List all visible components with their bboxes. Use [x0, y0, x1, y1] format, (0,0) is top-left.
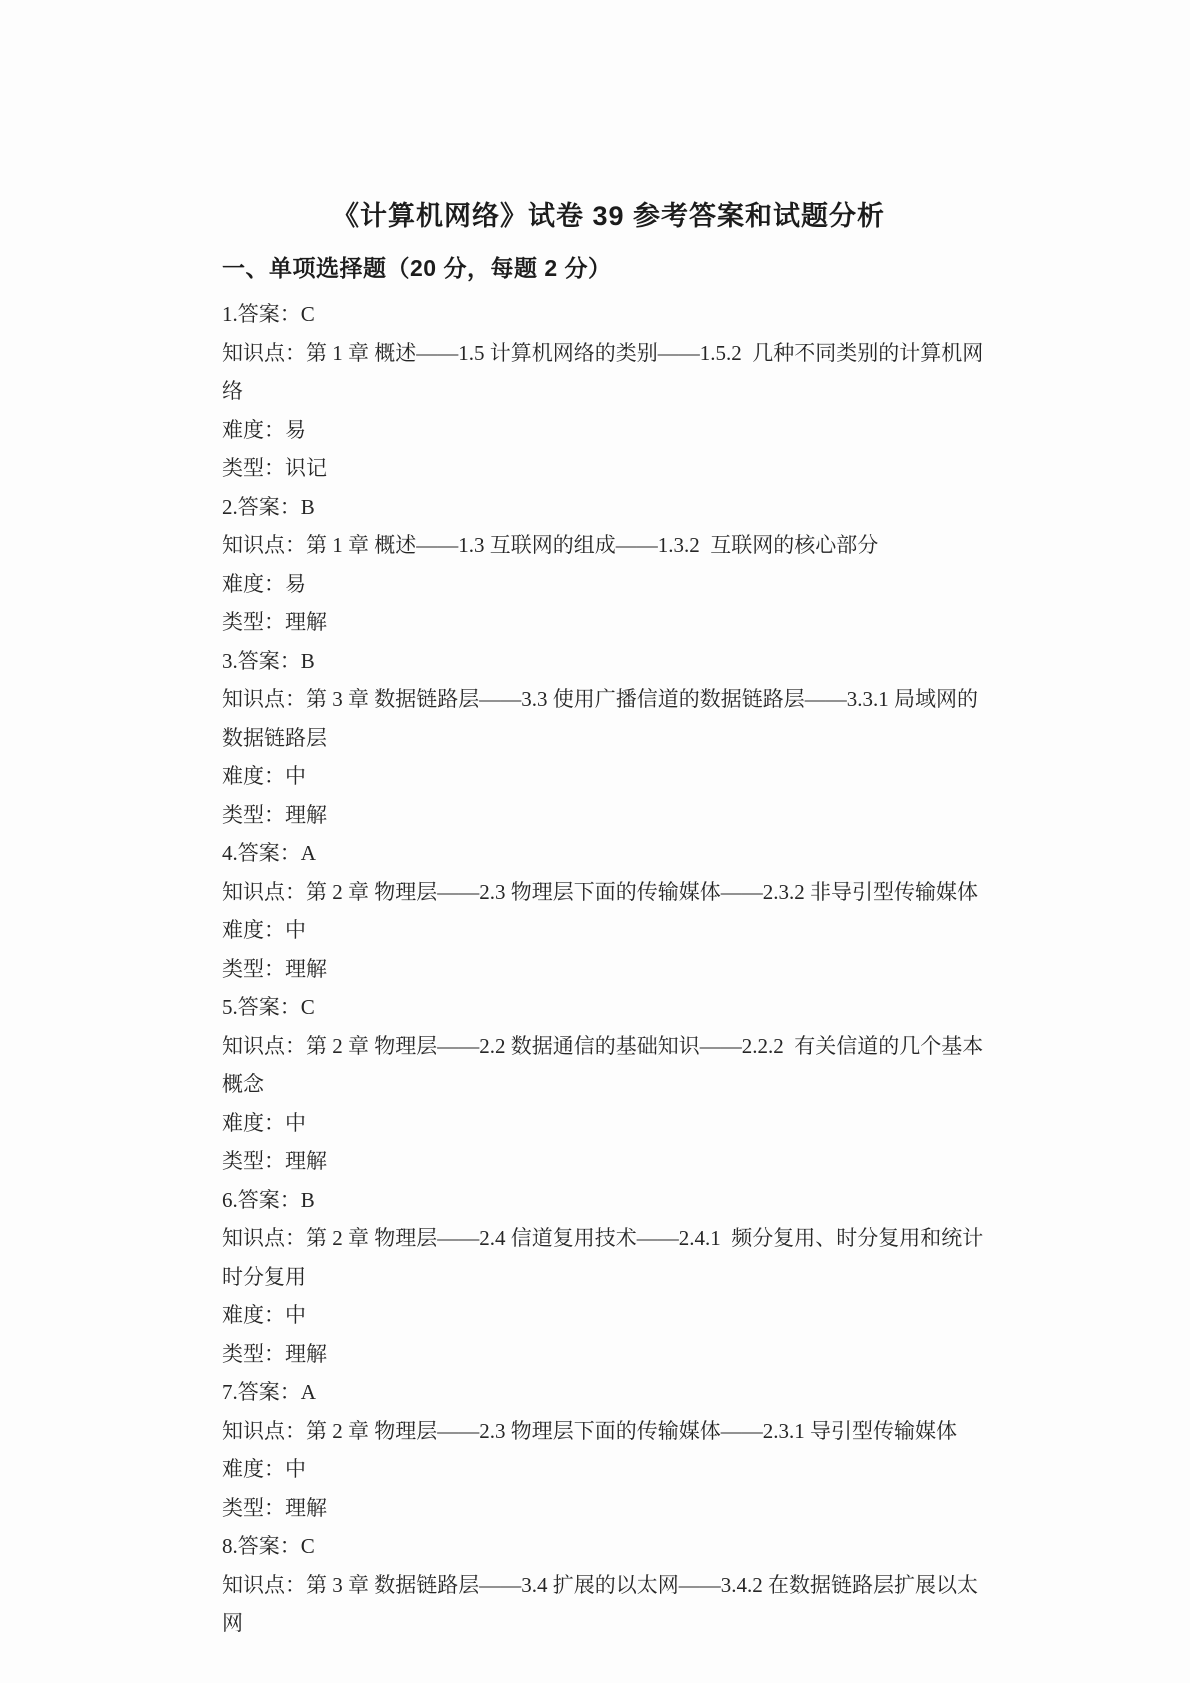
question-type-line: 类型：理解: [222, 1489, 992, 1528]
difficulty-line: 难度：易: [222, 565, 992, 604]
knowledge-point-line: 知识点：第 2 章 物理层——2.2 数据通信的基础知识——2.2.2 有关信道…: [222, 1027, 992, 1104]
question-type-line: 类型：理解: [222, 1142, 992, 1181]
question-type-line: 类型：理解: [222, 796, 992, 835]
difficulty-line: 难度：中: [222, 911, 992, 950]
answer-line: 7.答案：A: [222, 1373, 992, 1412]
question-type-line: 类型：识记: [222, 449, 992, 488]
knowledge-point-line: 知识点：第 2 章 物理层——2.3 物理层下面的传输媒体——2.3.2 非导引…: [222, 873, 992, 912]
document-page: 《计算机网络》试卷 39 参考答案和试题分析 一、单项选择题（20 分，每题 2…: [0, 0, 1190, 1683]
question-type-line: 类型：理解: [222, 950, 992, 989]
question-analysis-block: 8.答案：C 知识点：第 3 章 数据链路层——3.4 扩展的以太网——3.4.…: [222, 1527, 992, 1643]
knowledge-point-line: 知识点：第 2 章 物理层——2.4 信道复用技术——2.4.1 频分复用、时分…: [222, 1219, 992, 1296]
question-analysis-block: 4.答案：A 知识点：第 2 章 物理层——2.3 物理层下面的传输媒体——2.…: [222, 834, 992, 988]
difficulty-line: 难度：中: [222, 1104, 992, 1143]
knowledge-point-line: 知识点：第 1 章 概述——1.5 计算机网络的类别——1.5.2 几种不同类别…: [222, 334, 992, 411]
question-type-line: 类型：理解: [222, 1335, 992, 1374]
question-analysis-block: 1.答案：C 知识点：第 1 章 概述——1.5 计算机网络的类别——1.5.2…: [222, 295, 992, 488]
answer-line: 1.答案：C: [222, 295, 992, 334]
difficulty-line: 难度：易: [222, 411, 992, 450]
answer-line: 4.答案：A: [222, 834, 992, 873]
knowledge-point-line: 知识点：第 3 章 数据链路层——3.4 扩展的以太网——3.4.2 在数据链路…: [222, 1566, 992, 1643]
question-analysis-block: 5.答案：C 知识点：第 2 章 物理层——2.2 数据通信的基础知识——2.2…: [222, 988, 992, 1181]
question-analysis-block: 3.答案：B 知识点：第 3 章 数据链路层——3.3 使用广播信道的数据链路层…: [222, 642, 992, 835]
knowledge-point-line: 知识点：第 1 章 概述——1.3 互联网的组成——1.3.2 互联网的核心部分: [222, 526, 992, 565]
answer-line: 6.答案：B: [222, 1181, 992, 1220]
question-type-line: 类型：理解: [222, 603, 992, 642]
difficulty-line: 难度：中: [222, 1296, 992, 1335]
answer-line: 5.答案：C: [222, 988, 992, 1027]
knowledge-point-line: 知识点：第 2 章 物理层——2.3 物理层下面的传输媒体——2.3.1 导引型…: [222, 1412, 992, 1451]
difficulty-line: 难度：中: [222, 757, 992, 796]
section-heading: 一、单项选择题（20 分，每题 2 分）: [222, 251, 995, 285]
question-analysis-list: 1.答案：C 知识点：第 1 章 概述——1.5 计算机网络的类别——1.5.2…: [222, 295, 992, 1643]
difficulty-line: 难度：中: [222, 1450, 992, 1489]
document-title: 《计算机网络》试卷 39 参考答案和试题分析: [222, 195, 995, 237]
question-analysis-block: 6.答案：B 知识点：第 2 章 物理层——2.4 信道复用技术——2.4.1 …: [222, 1181, 992, 1374]
question-analysis-block: 7.答案：A 知识点：第 2 章 物理层——2.3 物理层下面的传输媒体——2.…: [222, 1373, 992, 1527]
question-analysis-block: 2.答案：B 知识点：第 1 章 概述——1.3 互联网的组成——1.3.2 互…: [222, 488, 992, 642]
answer-line: 3.答案：B: [222, 642, 992, 681]
knowledge-point-line: 知识点：第 3 章 数据链路层——3.3 使用广播信道的数据链路层——3.3.1…: [222, 680, 992, 757]
answer-line: 2.答案：B: [222, 488, 992, 527]
answer-line: 8.答案：C: [222, 1527, 992, 1566]
